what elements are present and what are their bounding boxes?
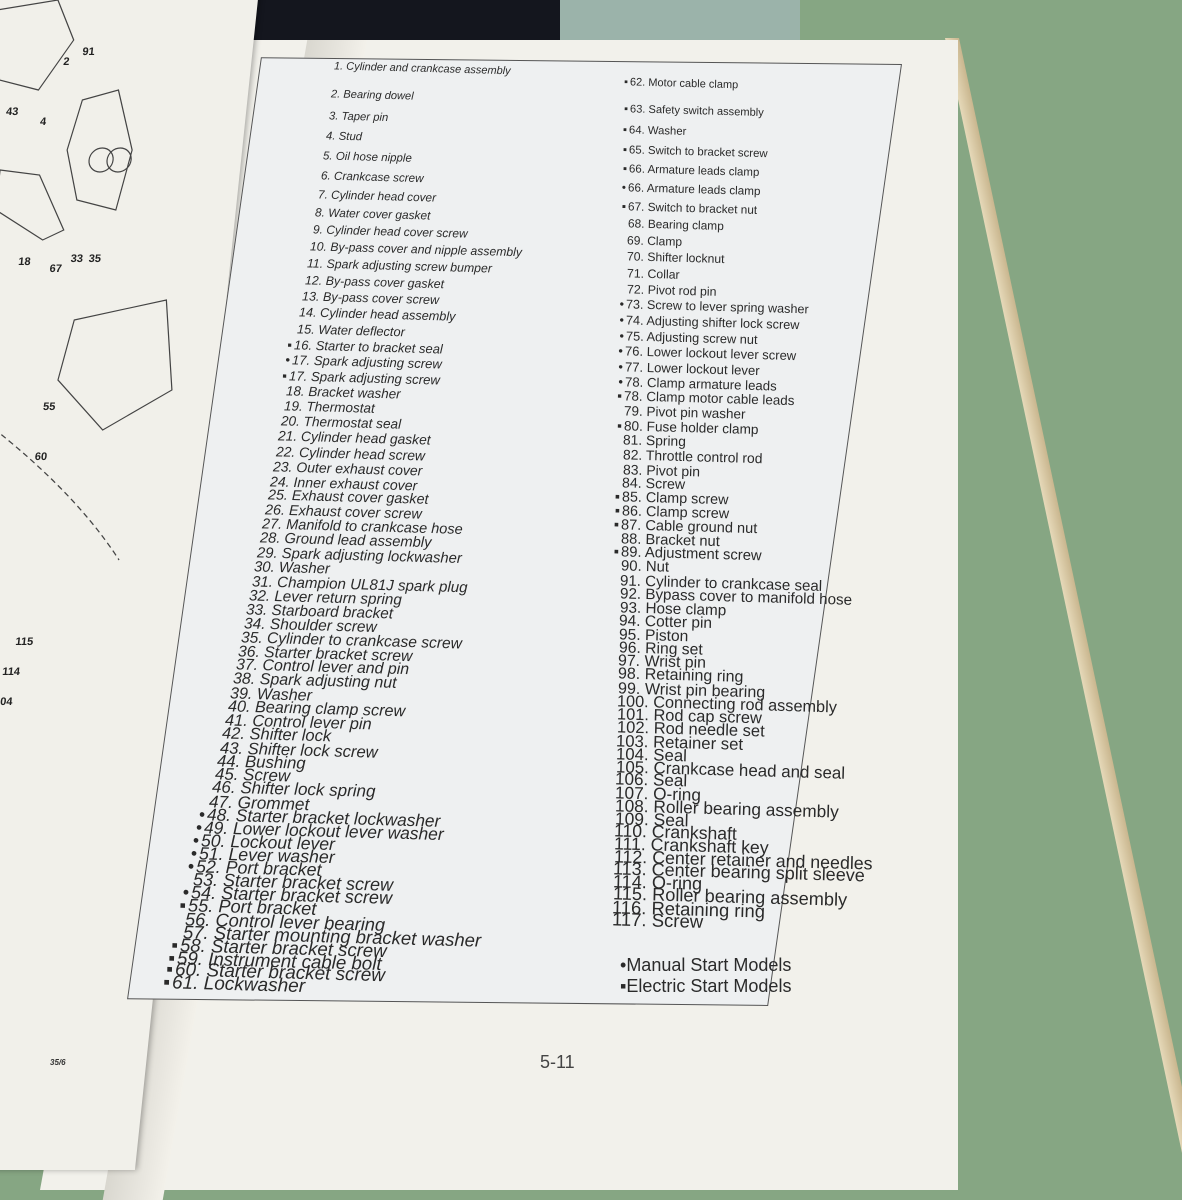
part-number: 74. <box>626 313 644 327</box>
part-name: Pivot rod pin <box>647 282 716 298</box>
legend-manual: •Manual Start Models <box>620 955 791 976</box>
part-name: Bearing clamp <box>647 217 723 233</box>
part-list-item: 117. Screw <box>600 908 704 933</box>
part-number: 4. <box>326 131 336 143</box>
part-list-item: 71. Collar <box>615 266 680 282</box>
part-name: Oil hose nipple <box>336 151 412 165</box>
part-number: 21. <box>278 429 298 445</box>
callout-33: 33 <box>70 253 83 265</box>
part-number: 65. <box>629 144 645 156</box>
part-name: Water deflector <box>318 322 405 339</box>
dot-marker-icon: • <box>616 181 626 194</box>
part-number: 23. <box>273 458 293 475</box>
part-number: 16. <box>294 337 312 352</box>
part-number: 18. <box>286 384 305 400</box>
callout-67: 67 <box>49 263 62 275</box>
dot-marker-icon: • <box>613 343 623 358</box>
square-marker-icon: ▪ <box>617 163 627 175</box>
part-number: 13. <box>302 289 320 303</box>
square-marker-icon: ▪ <box>618 76 628 88</box>
callout-4: 4 <box>39 116 47 128</box>
dot-marker-icon: • <box>613 328 623 343</box>
part-number: 78. <box>624 374 643 390</box>
part-name: Stud <box>339 131 363 144</box>
marker-legend: •Manual Start Models ▪Electric Start Mod… <box>620 955 791 997</box>
part-name: Lockwasher <box>203 973 305 997</box>
part-number: 75. <box>625 329 643 344</box>
part-name: Motor cable clamp <box>648 77 738 92</box>
part-name: Cylinder head cover <box>331 188 436 205</box>
page-number: 5-11 <box>540 1052 575 1073</box>
part-number: 70. <box>627 250 644 264</box>
part-number: 117. <box>612 908 647 931</box>
callout-115: 115 <box>15 636 34 648</box>
part-number: 72. <box>626 282 644 296</box>
part-list-item: 72. Pivot rod pin <box>614 282 716 299</box>
part-number: 15. <box>297 321 315 336</box>
callout-43: 43 <box>5 106 18 118</box>
part-number: 9. <box>313 223 323 237</box>
part-number: 76. <box>625 344 643 359</box>
part-number: 61. <box>172 972 199 995</box>
square-marker-icon: ▪ <box>612 388 622 403</box>
square-marker-icon: ▪ <box>616 199 626 213</box>
part-name: Crankcase screw <box>334 169 424 184</box>
part-number: 80. <box>623 418 642 434</box>
part-number: 71. <box>627 266 644 280</box>
callout-104: 104 <box>0 696 14 708</box>
part-name: By-pass cover gasket <box>325 274 444 291</box>
square-marker-icon: ▪ <box>618 103 628 115</box>
part-number: 63. <box>630 103 646 115</box>
part-number: 66. <box>628 181 645 194</box>
dot-marker-icon: • <box>613 359 623 374</box>
part-number: 62. <box>630 76 646 88</box>
part-number: 5. <box>323 150 333 162</box>
part-list-item: 69. Clamp <box>615 233 683 249</box>
part-number: 3. <box>329 110 339 122</box>
callout-114: 114 <box>2 666 22 678</box>
part-number: 17. <box>291 353 310 369</box>
part-list-item: 68. Bearing clamp <box>616 216 724 233</box>
square-marker-icon: ▪ <box>277 368 287 383</box>
part-number: 10. <box>310 240 327 254</box>
part-name: Bearing dowel <box>344 88 415 102</box>
part-number: 78. <box>624 389 643 405</box>
part-number: 77. <box>625 359 644 375</box>
callout-55: 55 <box>42 401 55 413</box>
part-name: Water cover gasket <box>328 206 431 223</box>
callout-60: 60 <box>34 451 47 463</box>
part-name: Washer <box>648 125 687 138</box>
teal-object <box>560 0 800 42</box>
dot-marker-icon: • <box>279 352 289 367</box>
part-number: 66. <box>629 163 645 175</box>
square-marker-icon: ▪ <box>617 144 627 156</box>
part-list-item: ▪61. Lockwasher <box>160 972 306 998</box>
legend-electric: ▪Electric Start Models <box>620 976 791 997</box>
callout-91: 91 <box>82 46 95 58</box>
dot-marker-icon: • <box>612 374 622 389</box>
part-number: 11. <box>307 256 324 270</box>
part-name: Switch to bracket nut <box>648 200 758 217</box>
part-number: 79. <box>624 403 643 419</box>
part-number: 6. <box>321 169 331 182</box>
part-name: Taper pin <box>341 111 388 124</box>
part-list-item: 2. Bearing dowel <box>319 88 414 103</box>
square-marker-icon: ▪ <box>160 972 171 994</box>
dot-marker-icon: • <box>614 297 624 311</box>
callout-18: 18 <box>18 256 31 268</box>
part-name: Clamp <box>647 234 682 249</box>
part-name: Collar <box>647 266 680 281</box>
part-list-item: 4. Stud <box>314 130 362 143</box>
part-list-item: 3. Taper pin <box>317 110 389 124</box>
square-marker-icon: ▪ <box>282 337 292 352</box>
part-name: Screw <box>651 909 703 931</box>
part-list-item: ▪64. Washer <box>617 124 687 138</box>
part-name: Shifter locknut <box>647 250 725 266</box>
callout-2: 2 <box>63 56 70 68</box>
part-number: 17. <box>289 368 308 384</box>
part-number: 14. <box>299 305 317 319</box>
part-number: 69. <box>627 233 644 247</box>
part-number: 19. <box>283 399 302 415</box>
dot-marker-icon: • <box>614 313 624 327</box>
part-number: 12. <box>305 273 323 287</box>
part-number: 67. <box>628 199 645 213</box>
part-number: 68. <box>628 216 645 230</box>
part-number: 20. <box>281 414 300 430</box>
footer-code: 35/6 <box>50 1058 66 1067</box>
square-marker-icon: ▪ <box>617 124 627 136</box>
square-marker-icon: ▪ <box>611 418 621 433</box>
part-number: 7. <box>318 187 328 201</box>
callout-35: 35 <box>88 253 101 265</box>
part-number: 73. <box>626 298 644 312</box>
part-number: 64. <box>629 125 645 137</box>
